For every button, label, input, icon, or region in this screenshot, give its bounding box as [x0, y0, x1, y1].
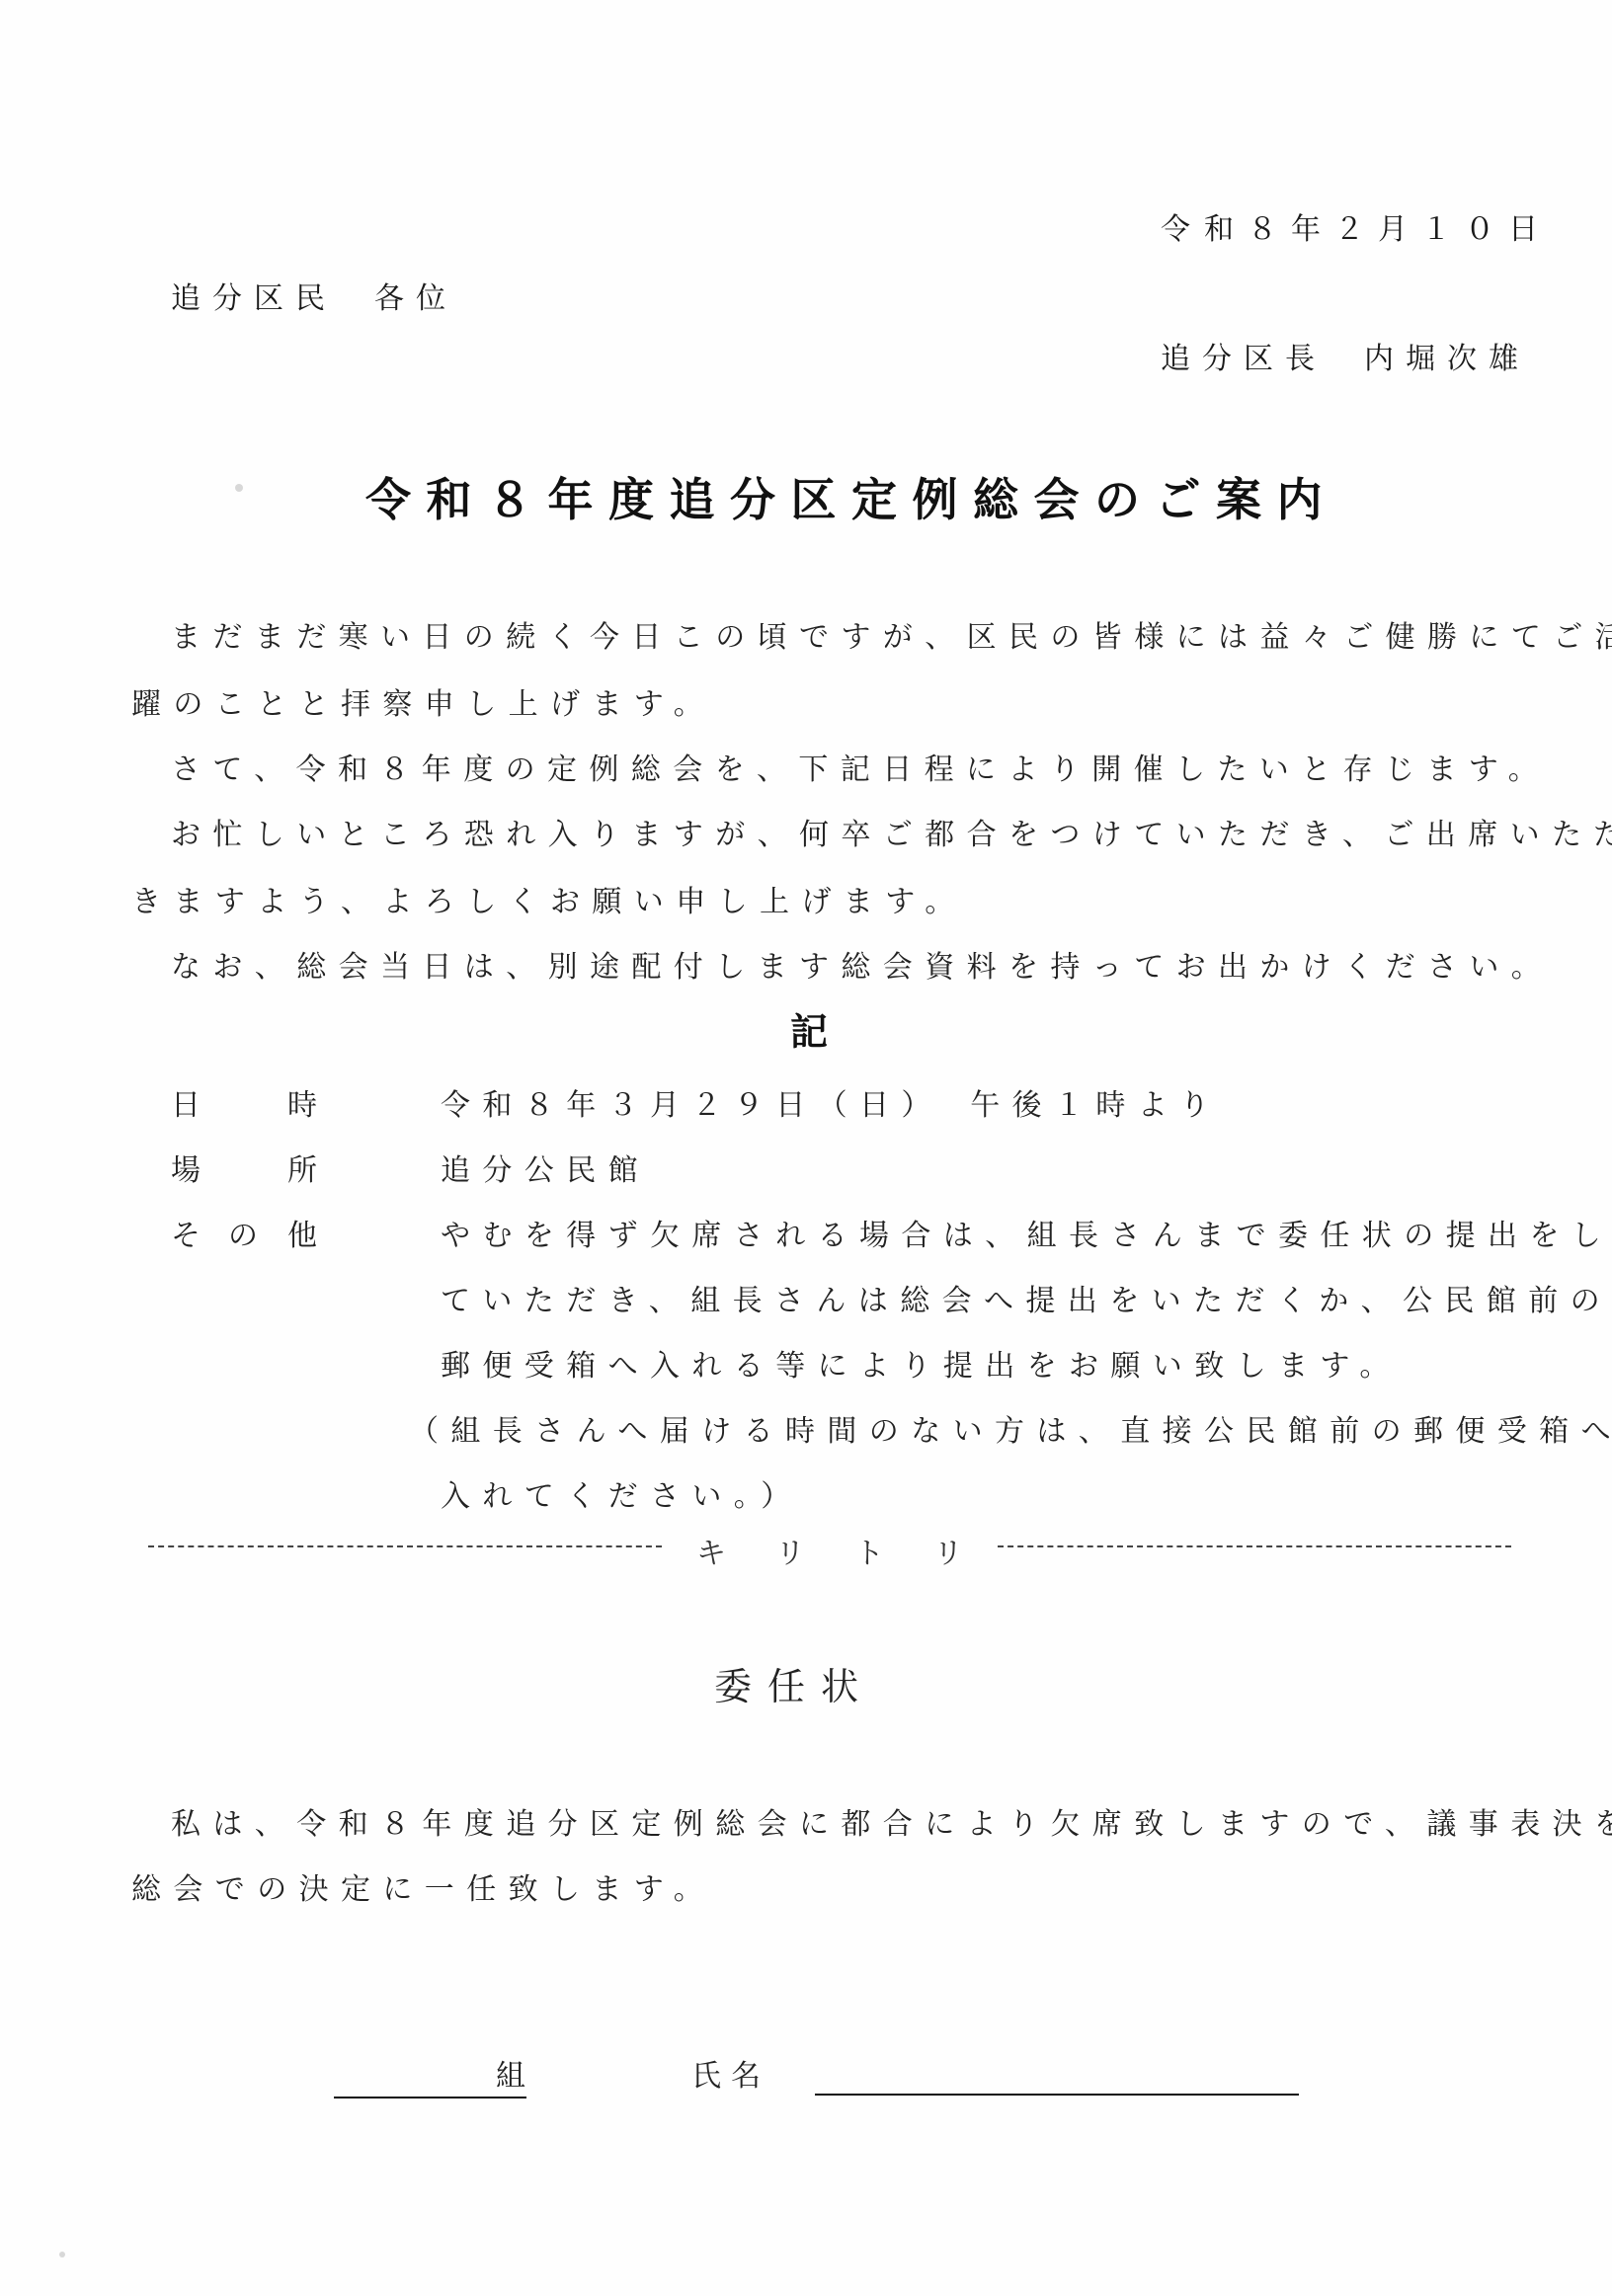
detail-value-place: 追分公民館 — [441, 1146, 650, 1189]
sender-name: 内堀次雄 — [1364, 342, 1530, 376]
recipient-line: 追分区民各位 — [171, 274, 457, 317]
detail-value-other-line-2: ていただき、組長さんは総会へ提出をいただくか、公民館前の — [441, 1276, 1612, 1319]
detail-label-char: そ — [171, 1211, 201, 1254]
detail-value-other-line-3: 郵便受箱へ入れる等により提出をお願い致します。 — [441, 1341, 1402, 1385]
detail-label-char: 日 — [171, 1080, 201, 1124]
detail-label-other: そ の 他 — [171, 1211, 368, 1250]
detail-label-datetime: 日 時 — [171, 1080, 368, 1120]
detail-label-char: 他 — [287, 1211, 317, 1254]
sender-title: 追分区長 — [1161, 342, 1327, 376]
detail-label-char: 所 — [287, 1146, 317, 1189]
sender-line: 追分区長内堀次雄 — [1161, 334, 1530, 377]
detail-label-char: 時 — [287, 1080, 317, 1124]
detail-value-datetime: 令和８年３月２９日（日） 午後１時より — [441, 1080, 1222, 1124]
body-paragraph-3-line-2: きますよう、よろしくお願い申し上げます。 — [131, 877, 967, 920]
issue-date: 令和８年２月１０日 — [1161, 204, 1552, 248]
scan-speck — [59, 2252, 65, 2257]
detail-note-line-1: （組長さんへ届ける時間のない方は、直接公民館前の郵便受箱へ — [409, 1406, 1612, 1450]
recipient-honorific: 各位 — [374, 281, 457, 316]
group-label: 組 — [496, 2051, 535, 2095]
body-paragraph-3-line-1: お忙しいところ恐れ入りますが、何卒ご都合をつけていただき、ご出席いただ — [171, 810, 1612, 853]
detail-value-other-line-1: やむを得ず欠席される場合は、組長さんまで委任状の提出をし — [441, 1211, 1612, 1254]
group-number-field[interactable] — [334, 2097, 526, 2098]
proxy-form-title: 委任状 — [714, 1656, 874, 1710]
proxy-statement-line-2: 総会での決定に一任致します。 — [131, 1864, 715, 1908]
detail-label-char: の — [228, 1211, 258, 1254]
name-label: 氏名 — [691, 2051, 770, 2095]
scan-speck — [235, 484, 243, 492]
cut-line-left — [148, 1545, 662, 1547]
detail-note-line-2: 入れてください。） — [441, 1471, 803, 1515]
details-heading: 記 — [790, 1001, 828, 1056]
cut-line-right — [998, 1545, 1511, 1547]
recipient-name: 追分区民 — [171, 281, 337, 316]
detail-label-place: 場 所 — [171, 1146, 368, 1185]
name-field[interactable] — [815, 2094, 1299, 2096]
proxy-statement-line-1: 私は、令和８年度追分区定例総会に都合により欠席致しますので、議事表決を — [171, 1799, 1612, 1843]
cut-line-label: キリトリ — [696, 1529, 1012, 1572]
body-paragraph-1-line-2: 躍のことと拝察申し上げます。 — [131, 679, 715, 723]
document-page: 令和８年２月１０日 追分区民各位 追分区長内堀次雄 令和８年度追分区定例総会のご… — [0, 0, 1612, 2296]
body-paragraph-2-line-1: さて、令和８年度の定例総会を、下記日程により開催したいと存じます。 — [171, 745, 1550, 788]
body-paragraph-4-line-1: なお、総会当日は、別途配付します総会資料を持ってお出かけください。 — [171, 942, 1553, 986]
document-title: 令和８年度追分区定例総会のご案内 — [365, 464, 1337, 529]
detail-label-char: 場 — [171, 1146, 201, 1189]
body-paragraph-1-line-1: まだまだ寒い日の続く今日この頃ですが、区民の皆様には益々ご健勝にてご活 — [171, 612, 1612, 656]
